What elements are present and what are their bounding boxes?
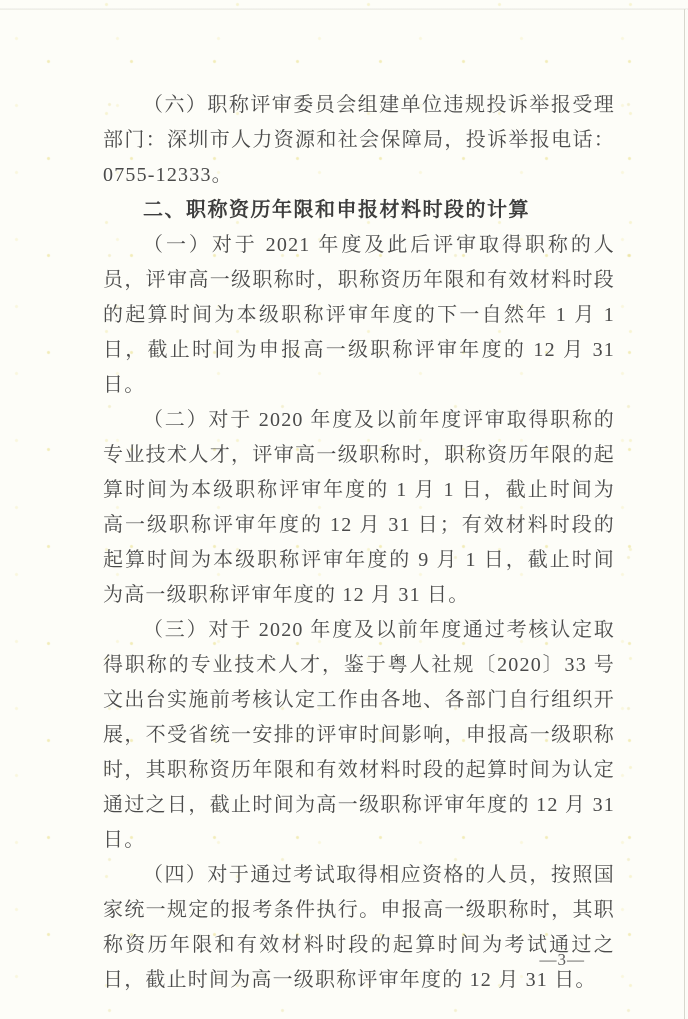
scanned-document-page: （六）职称评审委员会组建单位违规投诉举报受理部门：深圳市人力资源和社会保障局，投… [0,0,688,1019]
item-4-paragraph: （四）对于通过考试取得相应资格的人员，按照国家统一规定的报考条件执行。申报高一级… [103,858,615,998]
item-3-paragraph: （三）对于 2020 年度及以前年度通过考核认定取得职称的专业技术人才，鉴于粤人… [103,613,615,858]
item-2-paragraph: （二）对于 2020 年度及以前年度评审取得职称的专业技术人才，评审高一级职称时… [103,403,615,613]
item-1-paragraph: （一）对于 2021 年度及此后评审取得职称的人员，评审高一级职称时，职称资历年… [103,228,615,403]
section-heading-2: 二、职称资历年限和申报材料时段的计算 [103,193,615,228]
page-number: —3— [540,950,586,970]
document-text-block: （六）职称评审委员会组建单位违规投诉举报受理部门：深圳市人力资源和社会保障局，投… [103,88,615,998]
paragraph-complaint-hotline: （六）职称评审委员会组建单位违规投诉举报受理部门：深圳市人力资源和社会保障局，投… [103,88,615,193]
